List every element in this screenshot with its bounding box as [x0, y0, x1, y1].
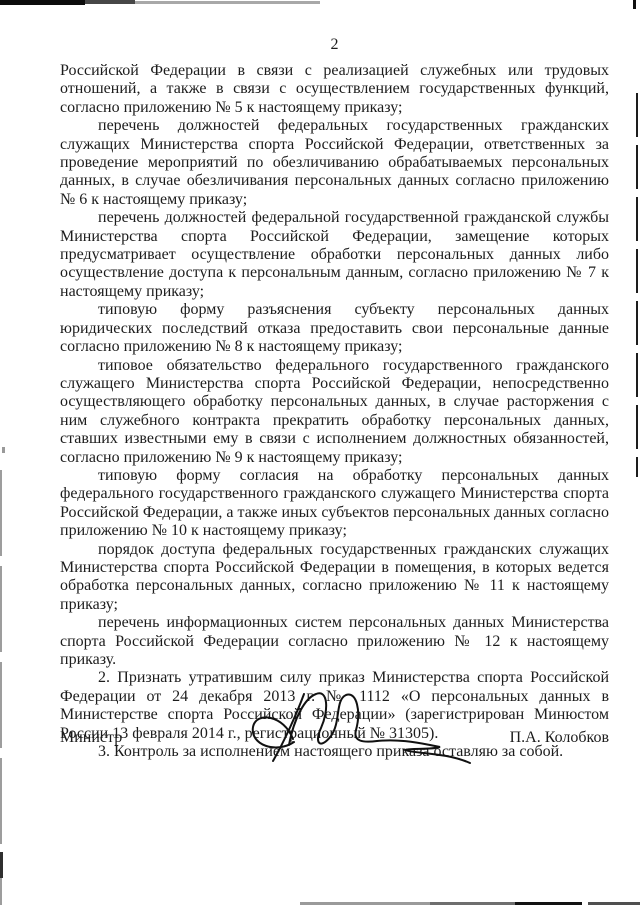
document-page: 2 Российской Федерации в связи с реализа…	[0, 0, 640, 905]
scan-artifact-top-right-tick	[633, 0, 636, 9]
paragraph: перечень информационных систем персональ…	[60, 614, 609, 669]
paragraph: типовое обязательство федерального госуд…	[60, 357, 609, 467]
document-body: Российской Федерации в связи с реализаци…	[60, 62, 609, 761]
minister-title: Министр	[60, 729, 122, 747]
scan-artifact-top-bar-light	[135, 1, 320, 4]
paragraph: Российской Федерации в связи с реализаци…	[60, 62, 609, 117]
paragraph: перечень должностей федеральных государс…	[60, 117, 609, 209]
scan-artifact-top-bar-mid	[85, 0, 135, 4]
scan-artifact-left-tick	[2, 447, 5, 453]
scan-artifact-left-edge-line	[0, 470, 2, 905]
page-number: 2	[60, 36, 609, 54]
scan-artifact-top-bar-dark	[0, 0, 85, 5]
scan-artifact-right-edge-line	[636, 93, 638, 477]
scan-artifact-left-smudge	[0, 852, 3, 878]
paragraph: типовую форму согласия на обработку перс…	[60, 467, 609, 541]
paragraph: перечень должностей федеральной государс…	[60, 209, 609, 301]
signer-name: П.А. Колобков	[510, 729, 609, 747]
paragraph: порядок доступа федеральных государствен…	[60, 541, 609, 615]
signature-image	[248, 687, 478, 797]
paragraph: типовую форму разъяснения субъекту персо…	[60, 301, 609, 356]
